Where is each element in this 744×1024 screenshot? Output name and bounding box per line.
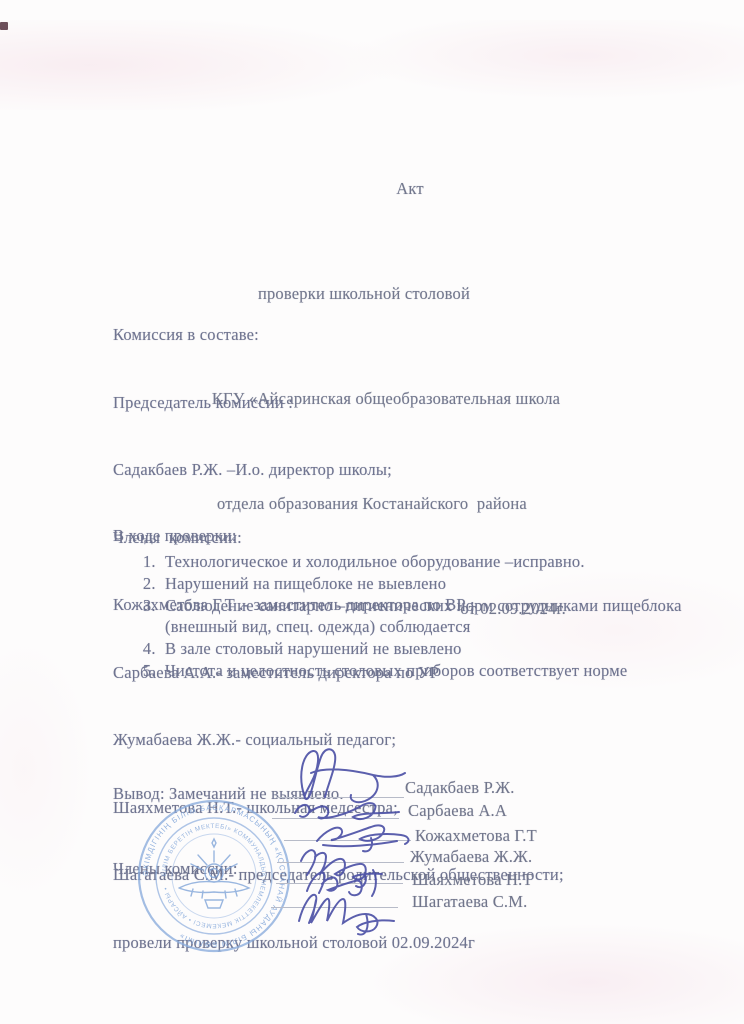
corner-mark [0,22,8,30]
member-name: Жумабаева Ж.Ж. [410,847,532,867]
signature-ink [301,749,405,802]
finding-item: Нарушений на пищеблоке не выевлено [160,573,705,595]
signature-ink [301,850,382,887]
member-name: Шаяхметова Н.Т [412,870,533,890]
state-emblem-icon [179,839,249,908]
member-name: Шагатаева С.М. [412,892,527,912]
handwritten-signatures [253,743,423,938]
chair-name: Садакбаев Р.Ж. –И.о. директор школы; [113,459,703,482]
finding-item: Саблюдение санитарно –гигиенических норм… [160,595,705,639]
signature-ink [317,825,408,851]
findings-list: Технологическое и холодильное оборудован… [113,551,705,682]
commission-intro: Комиссия в составе: [113,324,703,347]
finding-item: В зале столовый нарушений не выевлено [160,638,705,660]
finding-item: Чистота и целостность столовых приборов … [160,660,705,682]
finding-item: Технологическое и холодильное оборудован… [160,551,705,573]
signature-ink [299,895,394,935]
signature-ink [295,803,399,819]
findings-section: В ходе проверки: Технологическое и холод… [113,525,705,682]
scan-artifact [0,20,744,110]
scanned-document-page: Акт проверки школьной столовой КГУ «Айса… [0,0,744,1024]
document-title: Акт [38,171,744,206]
findings-heading: В ходе проверки: [113,525,705,547]
chair-label: Председатель комиссии : [113,392,703,415]
member-name: Кожахметова Г.Т [415,826,537,846]
